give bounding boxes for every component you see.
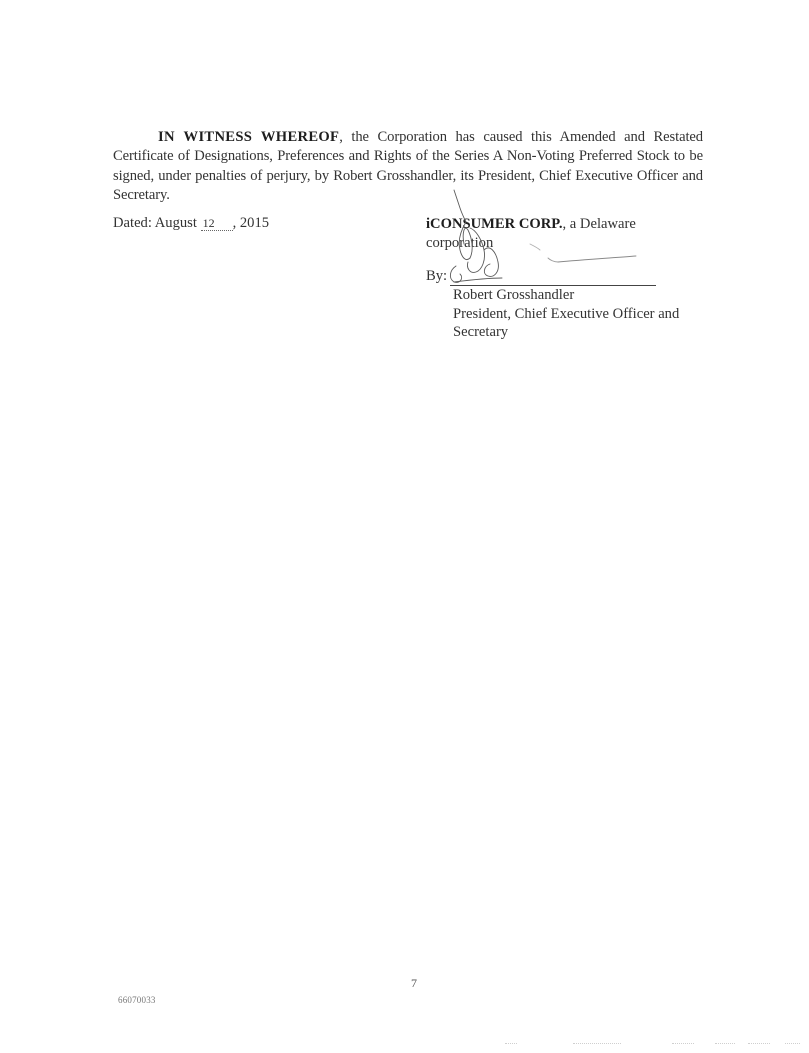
scan-artifact [785,1043,800,1045]
signature-block: iCONSUMER CORP., a Delaware corporation [426,215,706,253]
witness-paragraph: IN WITNESS WHEREOF, the Corporation has … [113,128,703,205]
dated-day: 12 [201,216,233,231]
dated-year: , 2015 [233,215,269,231]
by-label: By: [426,268,447,285]
document-page: IN WITNESS WHEREOF, the Corporation has … [0,0,809,1053]
company-type: corporation [426,234,706,253]
signatory-details: Robert Grosshandler President, Chief Exe… [453,286,703,342]
document-id: 66070033 [118,995,156,1005]
company-line: iCONSUMER CORP., a Delaware [426,215,706,234]
scan-artifact [505,1043,517,1045]
signatory-name: Robert Grosshandler [453,286,703,305]
dated-line: Dated: August 12, 2015 [113,215,269,232]
company-name: iCONSUMER CORP. [426,216,563,232]
signatory-title-line1: President, Chief Executive Officer and [453,305,703,324]
scan-artifact [573,1043,621,1045]
scan-artifact [715,1043,735,1045]
company-suffix: , a Delaware [563,216,636,232]
scan-artifact [748,1043,770,1045]
page-number: 7 [411,976,417,991]
signatory-title-line2: Secretary [453,323,703,342]
dated-label: Dated: August [113,215,197,231]
witness-lead: IN WITNESS WHEREOF [158,129,339,145]
scan-artifact [672,1043,694,1045]
